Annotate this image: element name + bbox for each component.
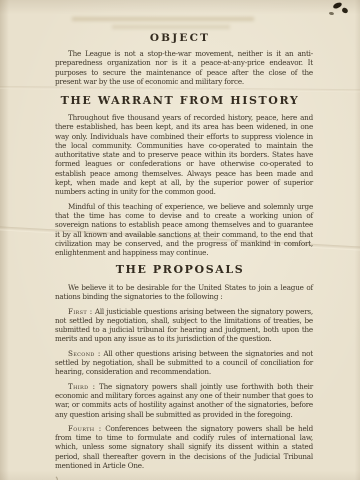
object-paragraph: The League is not a stop-the-war movemen… (55, 49, 313, 86)
proposal-item-third: Third : The signatory powers shall joint… (55, 382, 313, 419)
ink-bleedthrough-smudge (72, 17, 254, 21)
proposal-first-text: All justiciable questions arising betwee… (55, 307, 313, 344)
ink-speck (329, 12, 334, 16)
proposals-intro-paragraph: We believe it to be desirable for the Un… (55, 283, 313, 302)
scanned-document-page: OBJECT The League is not a stop-the-war … (0, 0, 360, 480)
object-section-body: The League is not a stop-the-war movemen… (55, 49, 313, 86)
section-heading-proposals: THE PROPOSALS (0, 264, 360, 276)
pencil-smudge (39, 471, 59, 480)
proposal-item-first: First : All justiciable questions arisin… (55, 307, 313, 344)
proposals-section-body: We believe it to be desirable for the Un… (55, 283, 313, 470)
warrant-section-body: Throughout five thousand years of record… (55, 113, 313, 257)
proposal-item-fourth: Fourth : Conferences between the signato… (55, 424, 313, 470)
proposal-third-lead: Third : (68, 382, 95, 391)
warrant-paragraph-1: Throughout five thousand years of record… (55, 113, 313, 197)
section-heading-warrant-from-history: THE WARRANT FROM HISTORY (0, 95, 360, 107)
ink-speck (341, 7, 349, 14)
proposal-item-second: Second : All other questions arising bet… (55, 349, 313, 377)
paper-fold-crease (0, 86, 360, 92)
ink-speck (332, 2, 342, 10)
proposal-fourth-lead: Fourth : (68, 424, 101, 433)
proposal-second-lead: Second : (68, 349, 101, 358)
section-heading-object: OBJECT (0, 32, 360, 44)
proposal-first-lead: First : (68, 307, 93, 316)
warrant-paragraph-2: Mindful of this teaching of experience, … (55, 202, 313, 258)
ink-bleedthrough-smudge (112, 25, 230, 29)
